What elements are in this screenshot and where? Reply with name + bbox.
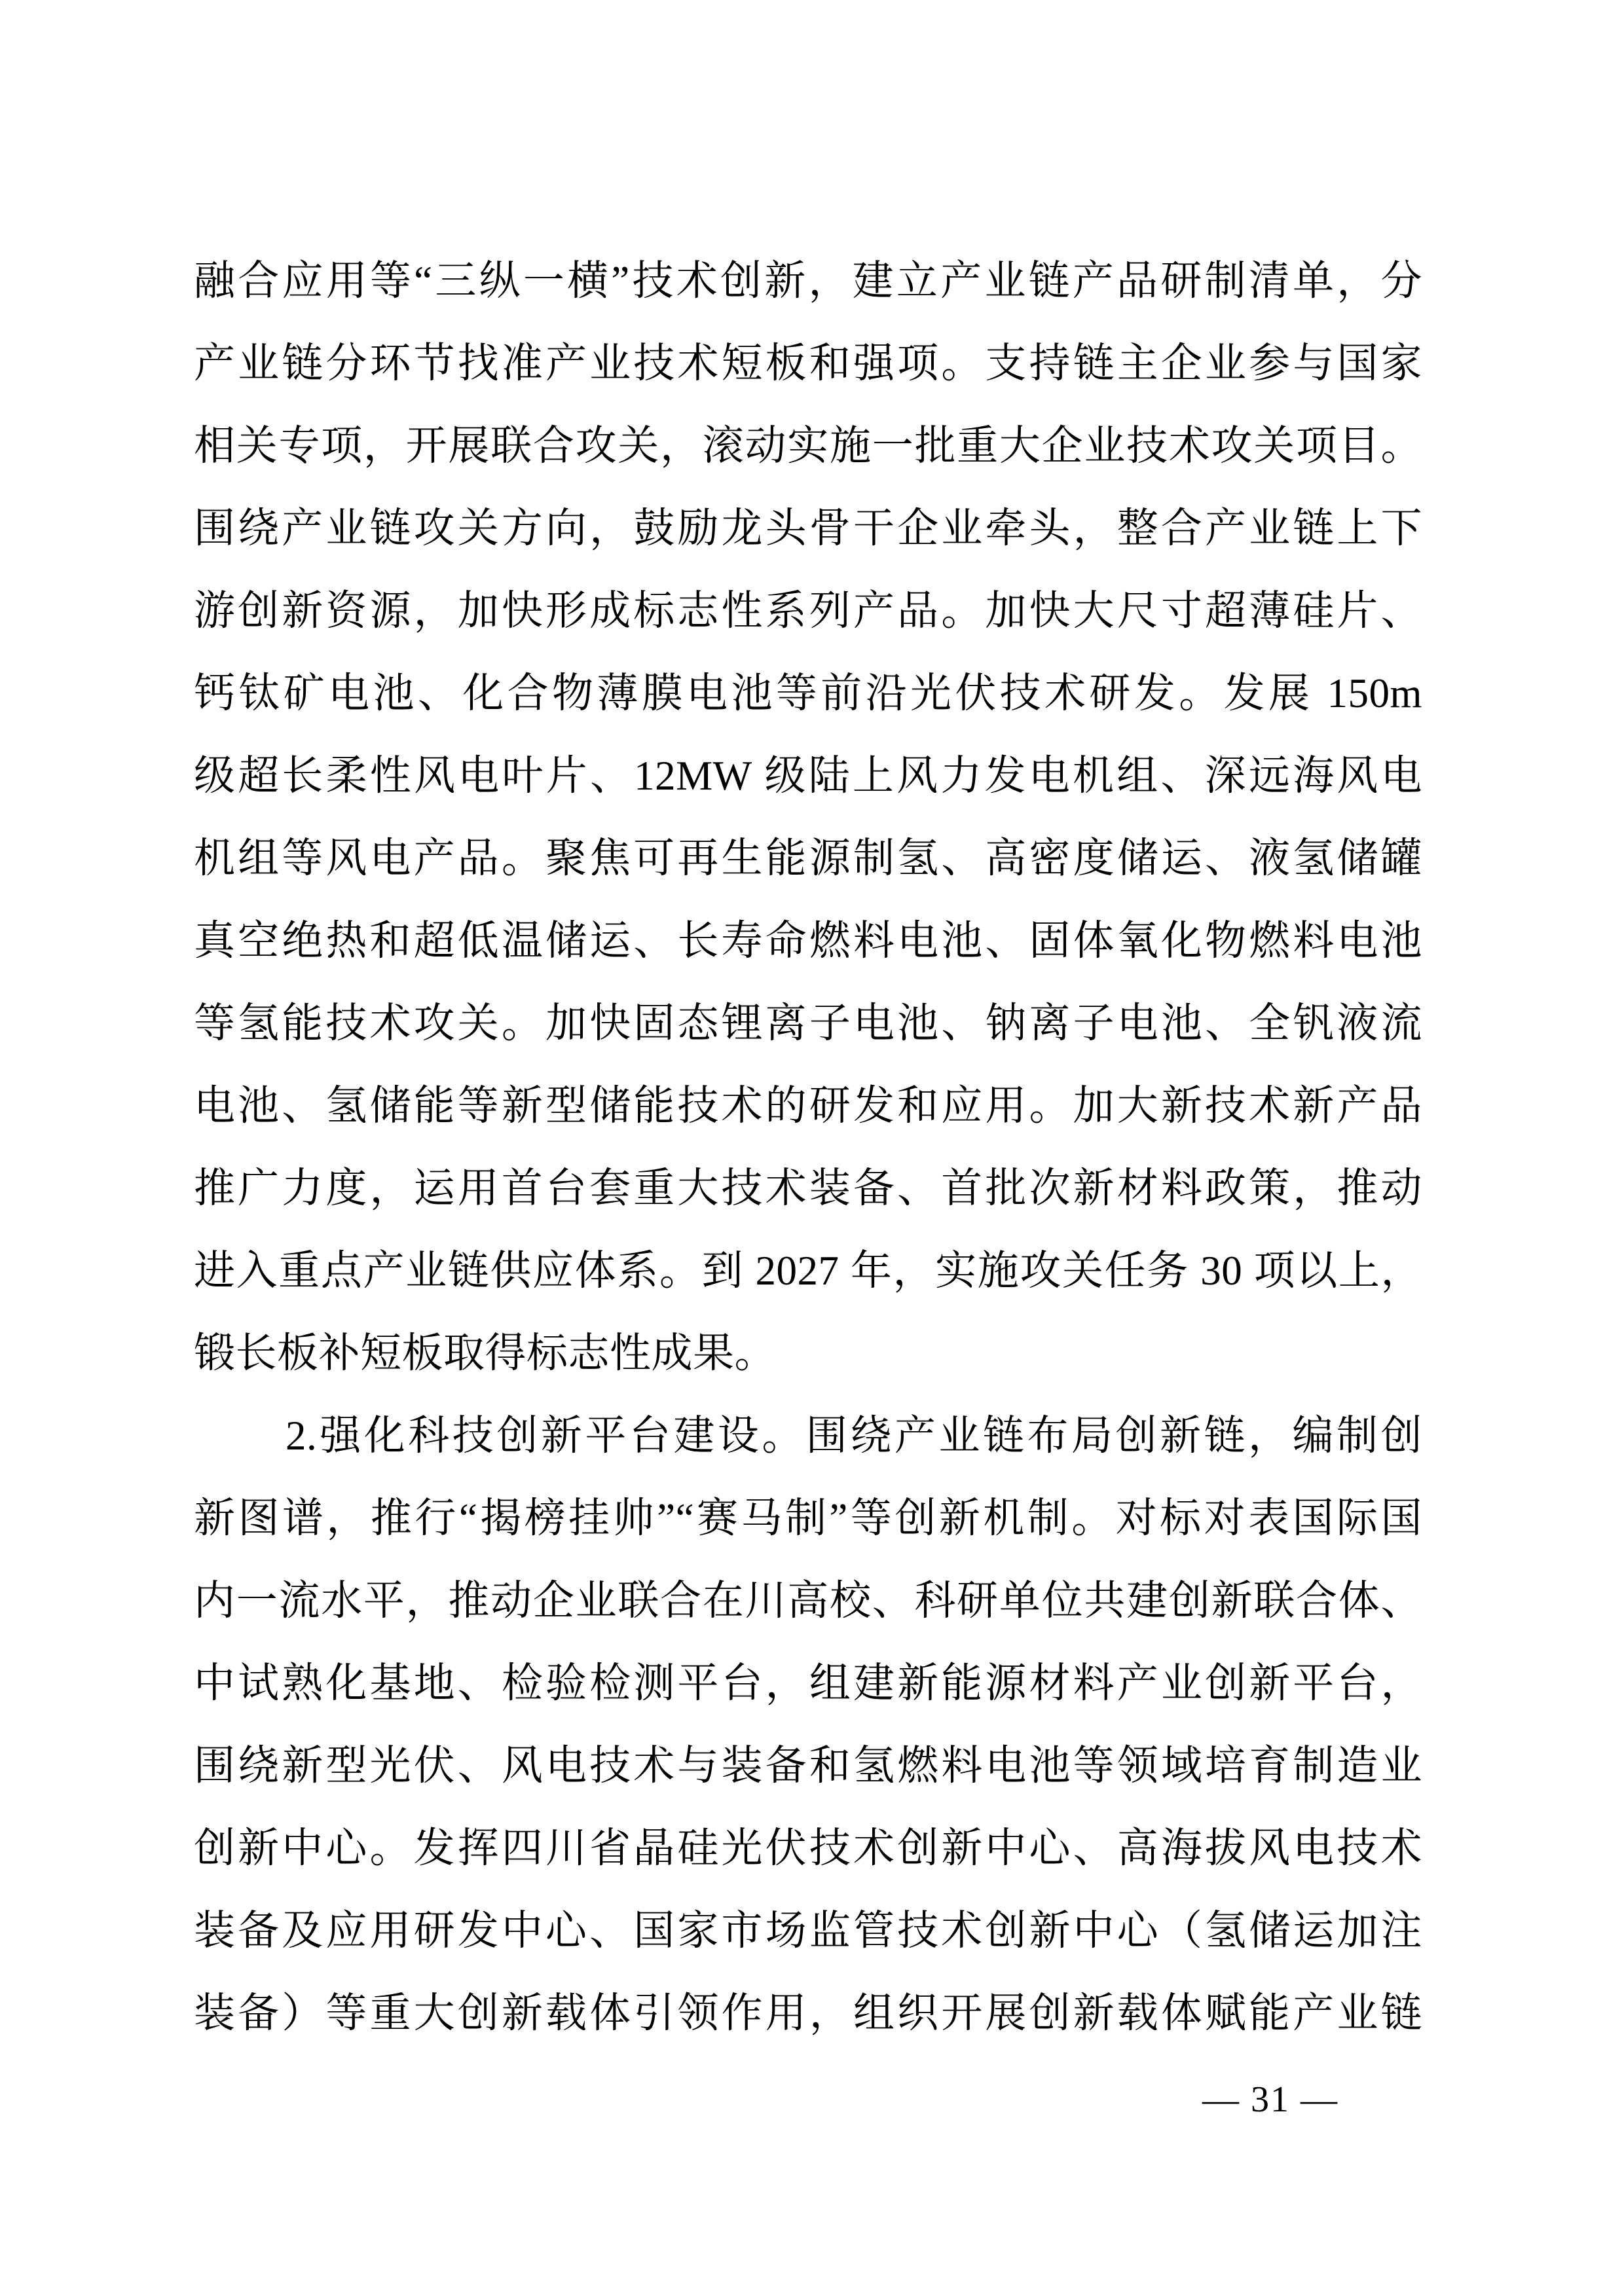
body-line: 钙钛矿电池、化合物薄膜电池等前沿光伏技术研发。发展 150m [194, 652, 1422, 735]
body-line-paragraph-start: 2.强化科技创新平台建设。围绕产业链布局创新链，编制创 [194, 1394, 1422, 1477]
document-page: 融合应用等“三纵一横”技术创新，建立产业链产品研制清单，分 产业链分环节找准产业… [0, 0, 1624, 2296]
page-number: — 31 — [1202, 2077, 1338, 2123]
body-line: 创新中心。发挥四川省晶硅光伏技术创新中心、高海拔风电技术 [194, 1807, 1422, 1889]
body-line: 等氢能技术攻关。加快固态锂离子电池、钠离子电池、全钒液流 [194, 982, 1422, 1065]
body-line: 融合应用等“三纵一横”技术创新，建立产业链产品研制清单，分 [194, 240, 1422, 322]
body-line: 电池、氢储能等新型储能技术的研发和应用。加大新技术新产品 [194, 1065, 1422, 1147]
body-line: 围绕产业链攻关方向，鼓励龙头骨干企业牵头，整合产业链上下 [194, 487, 1422, 570]
body-line: 装备及应用研发中心、国家市场监管技术创新中心（氢储运加注 [194, 1889, 1422, 1972]
body-line: 真空绝热和超低温储运、长寿命燃料电池、固体氧化物燃料电池 [194, 900, 1422, 982]
body-line: 内一流水平，推动企业联合在川高校、科研单位共建创新联合体、 [194, 1559, 1422, 1642]
body-line: 机组等风电产品。聚焦可再生能源制氢、高密度储运、液氢储罐 [194, 817, 1422, 900]
body-line: 进入重点产业链供应体系。到 2027 年，实施攻关任务 30 项以上， [194, 1230, 1422, 1312]
body-text-block: 融合应用等“三纵一横”技术创新，建立产业链产品研制清单，分 产业链分环节找准产业… [194, 240, 1422, 2054]
body-line: 相关专项，开展联合攻关，滚动实施一批重大企业技术攻关项目。 [194, 405, 1422, 487]
body-line: 级超长柔性风电叶片、12MW 级陆上风力发电机组、深远海风电 [194, 735, 1422, 817]
body-line: 围绕新型光伏、风电技术与装备和氢燃料电池等领域培育制造业 [194, 1724, 1422, 1807]
body-line: 中试熟化基地、检验检测平台，组建新能源材料产业创新平台， [194, 1642, 1422, 1724]
body-line: 产业链分环节找准产业技术短板和强项。支持链主企业参与国家 [194, 322, 1422, 405]
body-line: 新图谱，推行“揭榜挂帅”“赛马制”等创新机制。对标对表国际国 [194, 1477, 1422, 1559]
body-line-paragraph-end: 锻长板补短板取得标志性成果。 [194, 1312, 1422, 1394]
body-line: 游创新资源，加快形成标志性系列产品。加快大尺寸超薄硅片、 [194, 570, 1422, 652]
body-line: 推广力度，运用首台套重大技术装备、首批次新材料政策，推动 [194, 1147, 1422, 1230]
body-line: 装备）等重大创新载体引领作用，组织开展创新载体赋能产业链 [194, 1972, 1422, 2054]
